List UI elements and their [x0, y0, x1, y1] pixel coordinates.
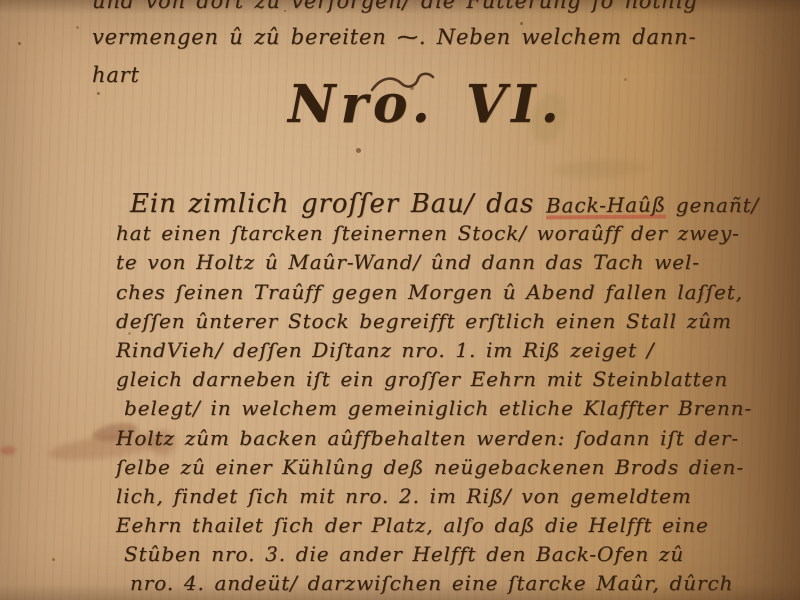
- ink-bleedthrough-mark: [552, 158, 649, 179]
- body-line: lich, findet ſich mit nro. 2. im Riß/ vo…: [116, 482, 716, 511]
- body-line: hat einen ſtarcken ſteinernen Stock/ wor…: [116, 219, 716, 248]
- section-heading: Nro. VI.: [288, 74, 564, 135]
- fragment-line: vermengen û zû bereiten ⁓. Neben welchem…: [92, 20, 732, 54]
- body-line: belegt/ in welchem gemeiniglich etliche …: [116, 394, 716, 423]
- body-line-1-suffix: genañt/: [666, 193, 759, 217]
- body-line: gleich darneben iſt ein groſſer Eehrn mi…: [116, 365, 716, 394]
- body-line: te von Holtz û Maûr-Wand/ ûnd dann das T…: [116, 248, 716, 277]
- body-line: Ein zimlich groſſer Bau/ das Back-Haûß g…: [116, 190, 716, 219]
- body-line: RindVieh/ deſſen Diſtanz nro. 1. im Riß …: [116, 336, 716, 365]
- paper-speckle: [97, 92, 100, 95]
- body-line-1-prefix: Ein zimlich groſſer Bau/ das: [130, 189, 546, 219]
- body-line: Stûben nro. 3. die ander Helfft den Back…: [116, 540, 716, 569]
- paper-speckle: [76, 26, 79, 29]
- red-stain: [0, 446, 16, 455]
- manuscript-page: und von dort zu verſorgen/ die Fütterung…: [0, 0, 800, 600]
- body-line: deſſen ûnterer Stock begreifft erſtlich …: [116, 307, 716, 336]
- body-line: ches ſeinen Traûff gegen Morgen û Abend …: [116, 278, 716, 307]
- fragment-line: und von dort zu verſorgen/ die Fütterung…: [92, 0, 732, 18]
- body-line: nro. 4. andeüt/ darzwiſchen eine ſtarcke…: [116, 569, 716, 598]
- paper-speckle: [18, 42, 21, 45]
- body-line: Holtz zûm backen aûffbehalten werden: ſo…: [116, 424, 716, 453]
- body-line: Eehrn thailet ſich der Platz, alſo daß d…: [116, 511, 716, 540]
- body-line: ſelbe zû einer Kühlûng deß neügebackenen…: [116, 453, 716, 482]
- paper-speckle: [356, 148, 361, 153]
- main-paragraph: Ein zimlich groſſer Bau/ das Back-Haûß g…: [116, 190, 716, 599]
- red-underlined-term: Back-Haûß: [546, 194, 666, 219]
- paper-speckle: [52, 558, 55, 561]
